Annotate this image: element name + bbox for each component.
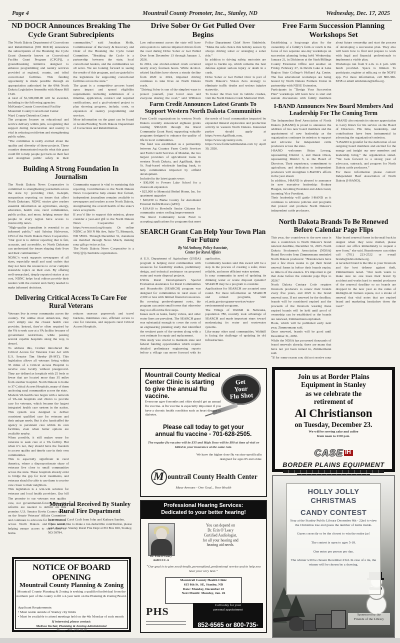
article-body: This year, the countdown to the new year…	[271, 236, 396, 362]
holly-jolly-contest-ad: HOLLY JOLLY CHRISTMAS CANDY CONTEST Stop…	[272, 475, 395, 638]
audiologist-photo	[148, 523, 175, 556]
page-bottom-edge	[0, 638, 400, 643]
flu-shot-badge: Get Your Flu Shot	[220, 373, 262, 407]
article-drive-sober: Drive Sober Or Get Pulled Over Begins La…	[140, 22, 266, 102]
article-headline: I-BAND Announces New Board Members And L…	[271, 104, 396, 117]
article-brand-renewal: North Dakota Brands To Be Renewed Before…	[271, 219, 396, 362]
article-body: The Independent Beef Association of Nort…	[271, 119, 396, 215]
gift-icon	[331, 610, 346, 629]
article-body: Farm Credit organizations in western Nor…	[140, 117, 266, 225]
flu-ad-call-line: Please call today to get your annual flu…	[144, 425, 263, 439]
article-body: The North Dakota Department of Correctio…	[8, 41, 134, 164]
dealer-name: BORDER PLAINS EQUIPMENT	[275, 462, 392, 469]
article-headline: SEARCH Grant Can Help Your Town Plan For…	[140, 229, 266, 244]
phs-logo-address-bars	[146, 621, 186, 627]
hearing-services-ad: Professional Hearing Services: Dedicated…	[140, 500, 267, 633]
flu-vaccine-ad: Mountrail County Medical Center Clinic i…	[140, 368, 267, 497]
health-center-logo-text: ountrail County Health Center	[168, 474, 258, 481]
article-body: A U.S. Department of Agriculture (USDA) …	[140, 257, 266, 359]
article-headline: ND DOCR Announces Breaking The Cycle Gra…	[8, 22, 134, 39]
article-headline: Drive Sober Or Get Pulled Over Begins	[140, 22, 266, 39]
notice-body: Mountrail County Planning & Zoning is se…	[14, 590, 129, 606]
health-center-logo-m: M	[151, 469, 167, 485]
notice-subtitle: Mountrail County Planning & Zoning	[14, 582, 129, 589]
article-body: In memory of Carol Craft from John and K…	[48, 518, 132, 548]
contest-flyer-panel: HOLLY JOLLY CHRISTMAS CANDY CONTEST Stop…	[286, 483, 381, 595]
article-body: Veterans live in every community across …	[8, 312, 134, 497]
article-headline: North Dakota Brands To Be Renewed Before…	[271, 219, 396, 234]
newspaper-page: Page 4 Mountrail County Promoter, Inc., …	[0, 0, 400, 643]
article-journalism: Building A Strong Foundation In Journali…	[8, 166, 134, 291]
flu-ad-note: We have the higher dose flu vaccine spec…	[196, 453, 262, 463]
article-nd-docr: ND DOCR Announces Breaking The Cycle Gra…	[8, 22, 134, 164]
hearing-ad-call-box: Call today for your personal appointment…	[193, 603, 263, 628]
contest-title-line1: HOLLY JOLLY CHRISTMAS	[290, 487, 377, 505]
article-headline: Memorial Received By Stanley Rural Fire …	[48, 502, 132, 516]
article-farm-succession: Free Farm Succession Planning Workshops …	[271, 22, 396, 104]
retirement-invite-text: Join us at Border Plains Equipment in St…	[275, 373, 392, 407]
notice-requirements: Applicant Requirements: • Must reside ou…	[18, 606, 125, 620]
retirement-date: on Tuesday, December 23.	[275, 421, 392, 429]
photo-caption: Dr. Erin O’Leary AuD/CCC-A	[141, 555, 181, 564]
article-headline: Free Farm Succession Planning Workshops …	[271, 22, 396, 39]
flu-ad-pricing: The regular flu vaccine will be $35 and …	[144, 441, 263, 452]
flu-ad-info: Everyone ages 6 months and older should …	[145, 400, 221, 422]
article-byline: By Val Anthony, Policy Associate, Center…	[140, 246, 266, 257]
dealer-contact-bar	[283, 470, 384, 474]
clinic-schedule-box: Mountrail County Health Clinic 615 8th S…	[165, 577, 242, 604]
article-search-grant: SEARCH Grant Can Help Your Town Plan For…	[140, 229, 266, 359]
article-body: The North Dakota News Cooperative is com…	[8, 183, 134, 291]
article-headline: Delivering Critical Access To Care For R…	[8, 295, 134, 310]
board-opening-notice-ad: NOTICE OF BOARD OPENING Mountrail County…	[12, 557, 131, 632]
article-body: Establishing a long-range plan for the o…	[271, 41, 396, 104]
contest-rules: Stop at the Stanley Public Library Decem…	[290, 519, 377, 599]
phs-logo: PHS	[146, 602, 186, 627]
page-date: Wednesday, Dec. 17, 2025	[326, 11, 390, 17]
flu-ad-title: Mountrail County Medical Center Clinic i…	[145, 372, 221, 401]
article-iband: I-BAND Announces New Board Members And L…	[271, 104, 396, 215]
border-plains-retirement-ad: Join us at Border Plains Equipment in St…	[272, 367, 395, 472]
case-ih-logo: CASEIH	[275, 443, 392, 461]
flu-ad-tagline: Many Avenues - One Goal... Your Health	[141, 486, 266, 493]
retiree-name: Al Christianson	[275, 408, 392, 420]
hearing-ad-phones: 852-6565 or 800-735-5866	[193, 622, 263, 628]
article-body: Law enforcement across the state will ha…	[140, 41, 266, 102]
hearing-ad-intro: You can depend on Dr. Erin O’Leary Certi…	[178, 523, 263, 553]
article-rural-veterans: Delivering Critical Access To Care For R…	[8, 295, 134, 497]
health-center-logo: M ountrail County Health Center	[146, 469, 262, 485]
contest-sponsor: Sponsored by the Friends of the Library	[348, 613, 390, 625]
notice-contact: If interested, please contact: Melissa V…	[14, 620, 129, 636]
hearing-ad-header: Professional Hearing Services: Dedicated…	[141, 501, 266, 519]
article-headline: Farm Credit Announces Latest Grants To S…	[140, 102, 266, 115]
retirement-refreshments: We will be serving cake and coffee from …	[275, 430, 392, 441]
article-memorial: Memorial Received By Stanley Rural Fire …	[48, 502, 132, 548]
gift-sack-icon	[289, 617, 304, 631]
photo-shoulders	[151, 539, 172, 555]
hearing-ad-quote: “Our goal is to give you friendly, perso…	[144, 565, 263, 576]
notice-title: NOTICE OF BOARD OPENING	[14, 562, 129, 582]
contest-title-line2: CANDY CONTEST	[290, 508, 377, 517]
article-headline: Building A Strong Foundation In Journali…	[8, 166, 134, 181]
article-farm-credit: Farm Credit Announces Latest Grants To S…	[140, 102, 266, 225]
